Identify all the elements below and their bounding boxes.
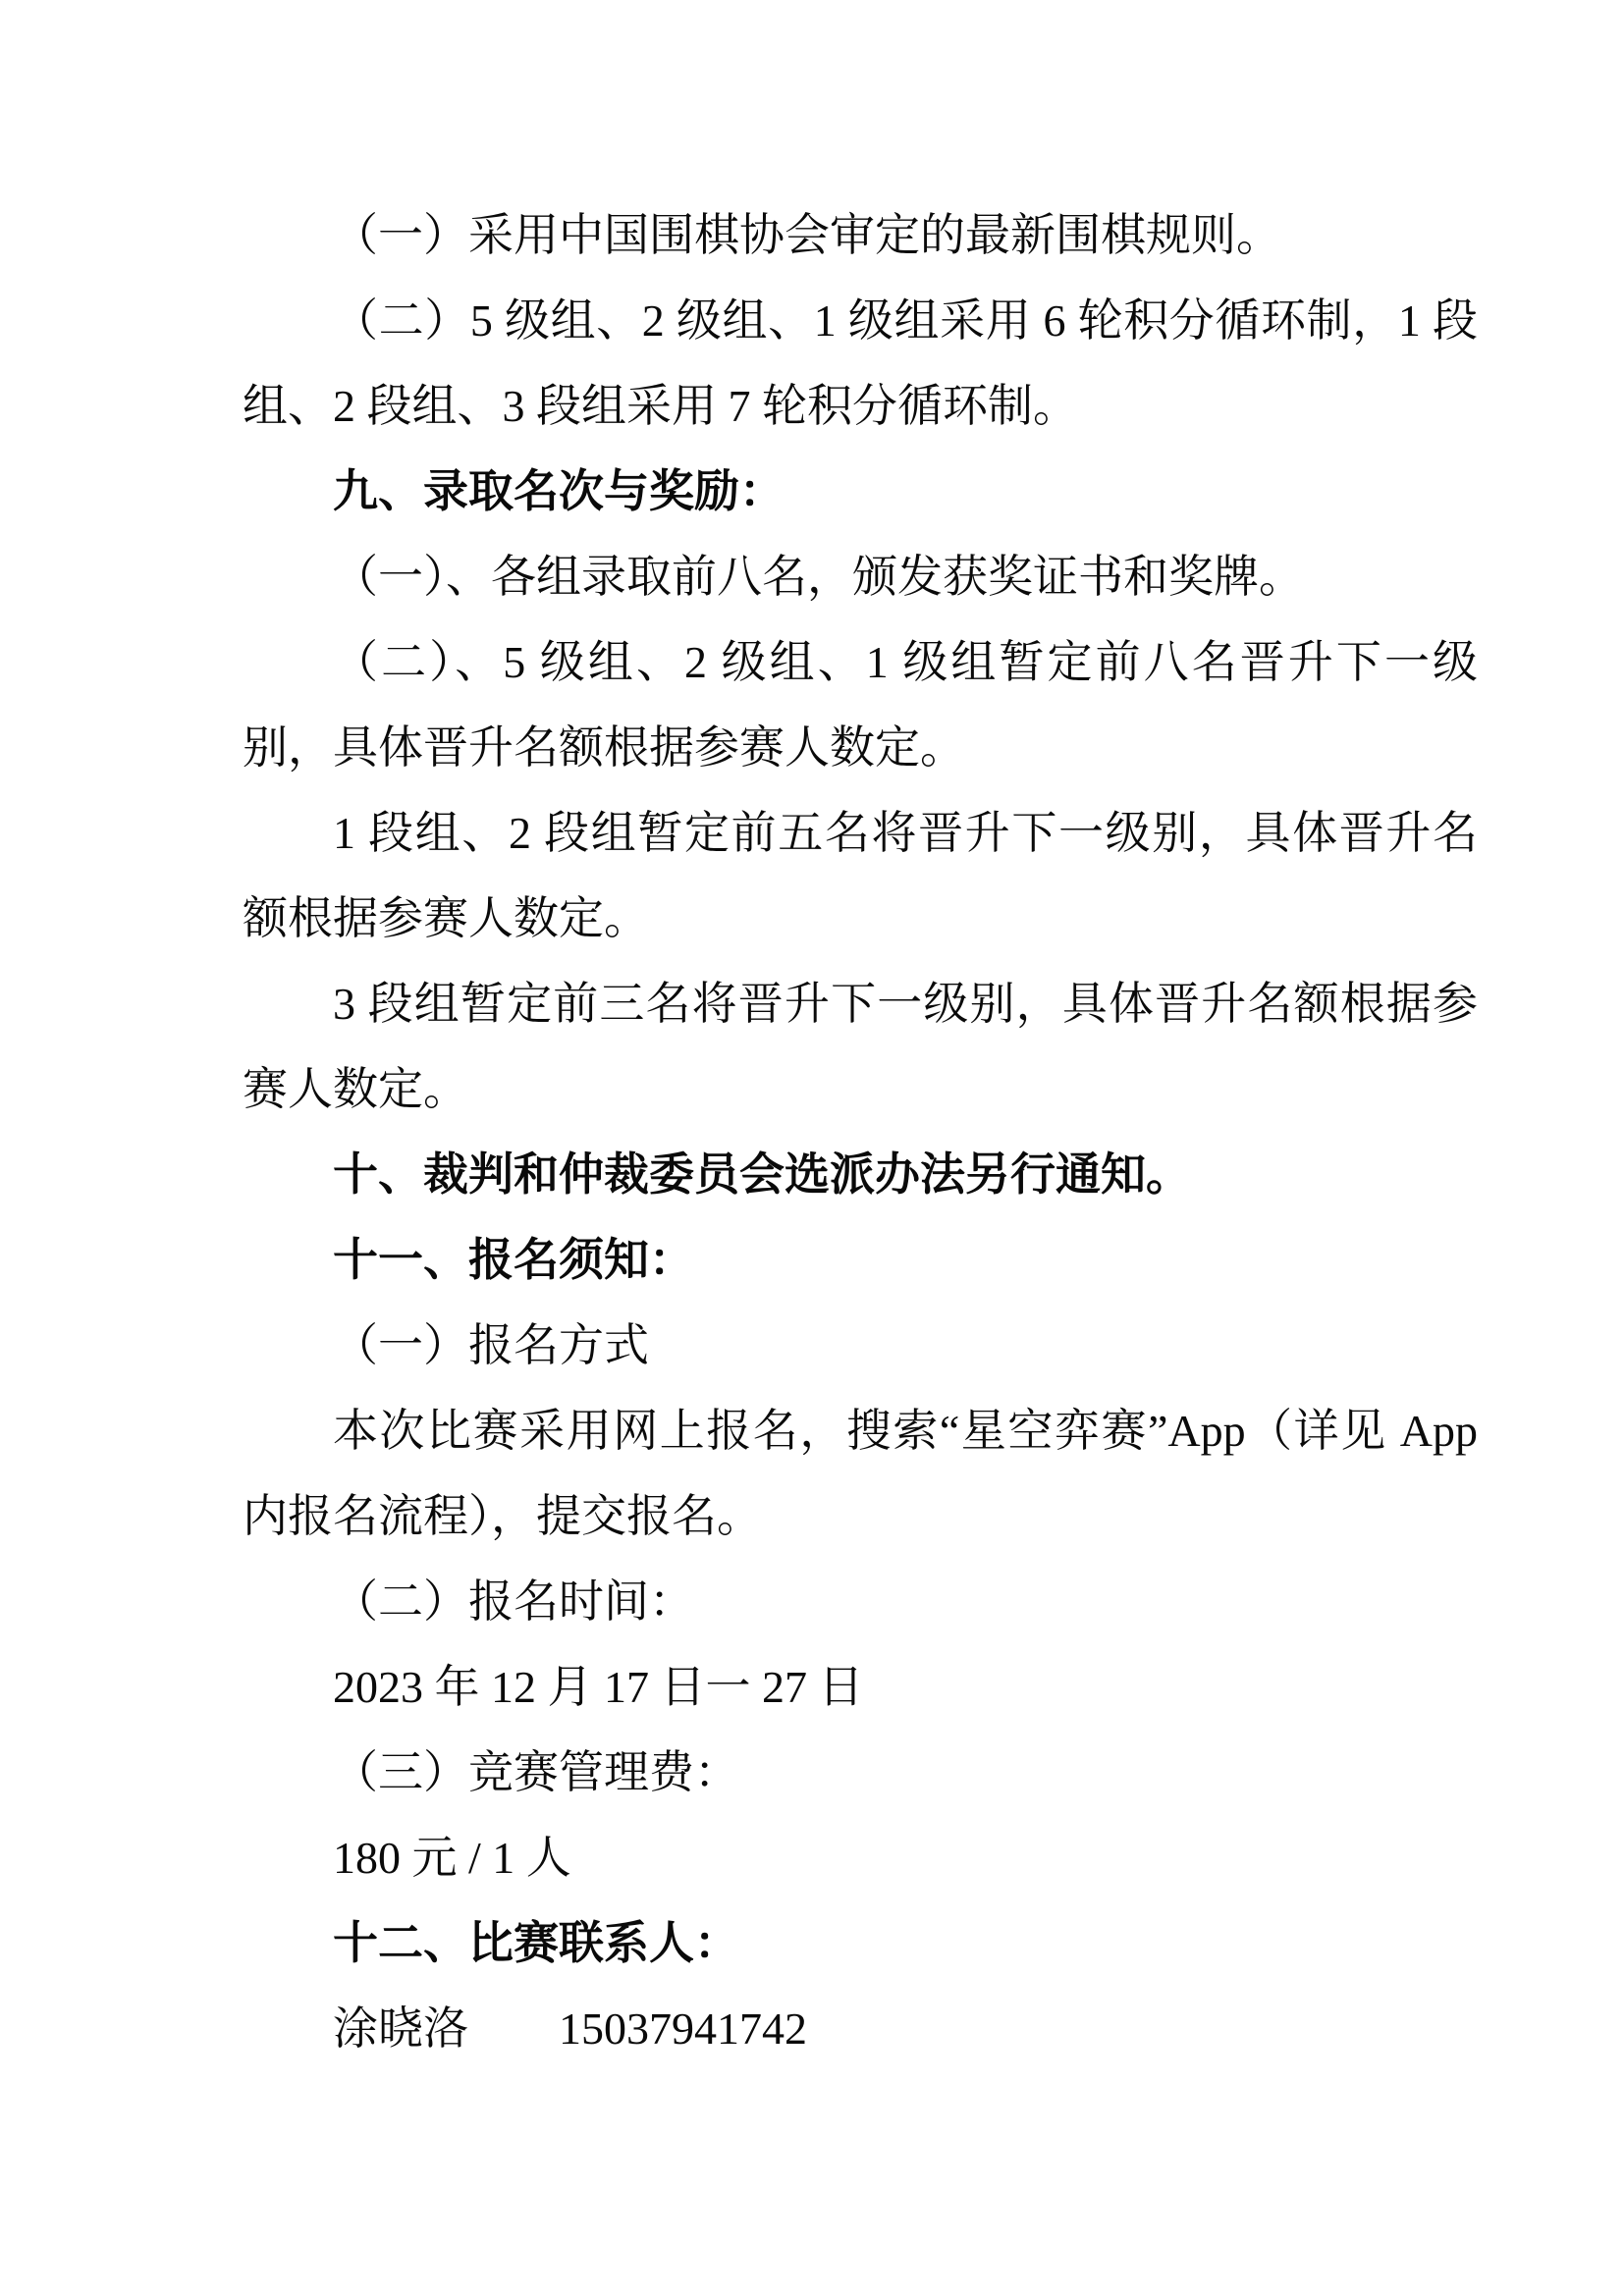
body-paragraph: （一）采用中国围棋协会审定的最新围棋规则。 <box>243 192 1478 278</box>
body-paragraph: （三）竞赛管理费： <box>243 1730 1478 1815</box>
section-heading: 十、裁判和仲裁委员会选派办法另行通知。 <box>243 1132 1478 1217</box>
body-paragraph: 1 段组、2 段组暂定前五名将晋升下一级别，具体晋升名额根据参赛人数定。 <box>243 790 1478 961</box>
body-paragraph: 本次比赛采用网上报名，搜索“星空弈赛”App（详见 App 内报名流程），提交报… <box>243 1388 1478 1559</box>
body-paragraph: （一）、各组录取前八名，颁发获奖证书和奖牌。 <box>243 534 1478 619</box>
document-content: （一）采用中国围棋协会审定的最新围棋规则。（二）5 级组、2 级组、1 级组采用… <box>243 192 1478 2071</box>
section-heading: 九、录取名次与奖励： <box>243 449 1478 534</box>
section-heading: 十二、比赛联系人： <box>243 1900 1478 1986</box>
body-paragraph: 3 段组暂定前三名将晋升下一级别，具体晋升名额根据参赛人数定。 <box>243 961 1478 1132</box>
document-page: （一）采用中国围棋协会审定的最新围棋规则。（二）5 级组、2 级组、1 级组采用… <box>0 0 1624 2296</box>
body-paragraph: （二）5 级组、2 级组、1 级组采用 6 轮积分循环制，1 段组、2 段组、3… <box>243 278 1478 449</box>
body-paragraph: （二）报名时间： <box>243 1559 1478 1644</box>
body-paragraph: （二）、5 级组、2 级组、1 级组暂定前八名晋升下一级别，具体晋升名额根据参赛… <box>243 619 1478 790</box>
body-paragraph: （一）报名方式 <box>243 1303 1478 1388</box>
section-heading: 十一、报名须知： <box>243 1217 1478 1303</box>
body-paragraph: 涂晓洛 15037941742 <box>243 1986 1478 2071</box>
body-paragraph: 180 元 / 1 人 <box>243 1815 1478 1900</box>
body-paragraph: 2023 年 12 月 17 日一 27 日 <box>243 1644 1478 1730</box>
